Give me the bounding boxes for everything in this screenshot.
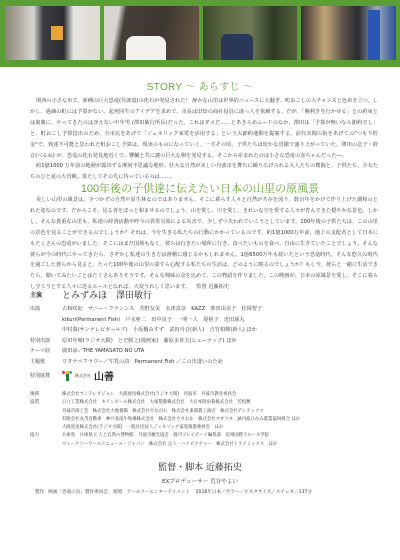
credit-row-lead: 主演 とみずみほ 澤田敏行 <box>30 290 380 302</box>
credit-label: 特別協賛 <box>30 372 62 379</box>
logo-company-name: 山善 <box>94 368 114 383</box>
story-title: STORY 〜 あらすじ 〜 <box>0 78 400 93</box>
photo-scene-boy-forest <box>203 6 298 60</box>
production-company: 映画「恐竜の詩」製作委員会 <box>48 490 108 495</box>
film-specs: 2018年日本／カラー／ビスタサイズ／ステレオ／137分 <box>196 490 312 495</box>
director-statement: 美しい山里の風景は、手つかずの自然や原生林なのではありません。そこに暮らす人々と… <box>30 195 378 293</box>
credit-value: 原田年晴(ラジオ大阪) とだ勝之(漫画家) 藤原多喜夫(ヒューテック) ほか <box>62 336 380 347</box>
story-paragraph: 関西の小さな市で、新種の巨大恐竜(丹波竜)の化石が発見された！ 静かな山里は世界… <box>30 96 378 161</box>
credit-row-theme-song: テーマ曲 園田涼／THE YAMASATO NO UTA <box>30 346 380 357</box>
sponsor-credits: 後援 株式会社サンテレビジョン 大阪放送株式会社(ラジオ大阪) 丹波市 丹波市教… <box>30 391 390 449</box>
credit-value: ワタナベフラワー／牛乳の詩 Permanent Fish ／この出逢いのため <box>62 357 380 368</box>
credit-label: 出演 <box>30 304 62 315</box>
statement-text: 美しい山里の風景は、手つかずの自然や原生林なのではありません。そこに暮らす人々と… <box>30 197 378 290</box>
credit-value: 古和咲紀 サニー・フランシス 芳野友美 永津真奈 KAZZ 柴田由美子 松岡智子 <box>62 304 380 315</box>
credit-label: 後援 <box>30 391 62 399</box>
photo-scene-office-presentation <box>5 6 100 60</box>
credit-label: 特別出演 <box>30 336 62 347</box>
production-footer: 製作映画「恐竜の詩」製作委員会 配給アールツーエンターテイメント 2018年日本… <box>35 489 395 495</box>
credit-label: テーマ曲 <box>30 346 62 357</box>
credit-row-cast: 出演 古和咲紀 サニー・フランシス 芳野友美 永津真奈 KAZZ 柴田由美子 松… <box>30 304 380 336</box>
photo-strip <box>0 0 400 67</box>
production-label: 製作 <box>35 490 44 495</box>
credit-value: とみずみほ 澤田敏行 <box>62 290 380 302</box>
credit-label: 主題歌 <box>30 357 62 368</box>
photo-scene-schoolgirl <box>104 6 199 60</box>
credit-value: 株式会社サンテレビジョン 大阪放送株式会社(ラジオ大阪) 丹波市 丹波市教育委員… <box>62 391 390 399</box>
sponsor-logo: 株式会社 山善 <box>62 368 114 383</box>
credit-label: 主演 <box>30 290 62 302</box>
ex-producer-credit: EXプロデューサー 荒谷やよい <box>0 477 400 485</box>
credit-row-cooperation: 協力 兵庫県 兵庫県立 人と自然の博物館 丹波市観光協会 週刊プレイボーイ編集部… <box>30 432 390 449</box>
story-synopsis: 関西の小さな市で、新種の巨大恐竜(丹波竜)の化石が発見された！ 静かな山里は世界… <box>30 96 378 183</box>
credit-value: 大阪放送株式会社(ラジオ大阪) 一般社団法人ジェネリック家電推進委員会 ほか <box>62 424 390 432</box>
distribution-label: 配給 <box>113 490 122 495</box>
credit-row-main-song: 主題歌 ワタナベフラワー／牛乳の詩 Permanent Fish ／この出逢いの… <box>30 357 380 368</box>
credit-value: 園田涼／THE YAMASATO NO UTA <box>62 346 380 357</box>
heritage-title: 100年後の子供達に伝えたい日本の山里の原風景 <box>0 180 400 196</box>
credit-value: ウィークリーワールドニュース・ジャパン 株式会社 企人・ハイピクチャー 株式会社… <box>62 441 390 449</box>
logo-company-type: 株式会社 <box>75 373 91 379</box>
credit-value: 中村葵(サンテレビガールズ) 小坂橋みすず 武田丹音(新人) 吉竹柏輝(新人) … <box>62 325 380 336</box>
credit-label: 協賛 <box>30 399 62 407</box>
cast-credits: 主演 とみずみほ 澤田敏行 出演 古和咲紀 サニー・フランシス 芳野友美 永津真… <box>30 290 380 368</box>
credit-row-sponsorship: 協賛 日立工業株式会社 キリンビール株式会社 大塚製薬株式会社 大日本除虫菊株式… <box>30 399 390 432</box>
credit-value: 丹波市商工会 株式会社大地養鶏 株式会社やながわ 株式会社東部農工商店 株式会社… <box>62 408 390 416</box>
credit-value: 有限会社丸茂自動車 神戸高尾牛牧場株式会社 株式会社ささおか 株式会社オオツキ … <box>62 416 390 424</box>
director-credit: 監督・脚本 近藤拓史 <box>0 460 400 473</box>
credit-label: 協力 <box>30 432 62 440</box>
credit-value: kikuri(Permanent Fish) 戸水亜二 田中良子 一明一人 堤裕… <box>62 315 380 326</box>
yamazen-logo-icon <box>62 371 72 381</box>
special-sponsor: 特別協賛 株式会社 山善 <box>30 368 114 383</box>
credit-row-support: 後援 株式会社サンテレビジョン 大阪放送株式会社(ラジオ大阪) 丹波市 丹波市教… <box>30 391 390 399</box>
credit-row-special-appearance: 特別出演 原田年晴(ラジオ大阪) とだ勝之(漫画家) 藤原多喜夫(ヒューテック)… <box>30 336 380 347</box>
credit-value: 日立工業株式会社 キリンビール株式会社 大塚製薬株式会社 大日本除虫菊株式会社 … <box>62 399 390 407</box>
credit-value: 兵庫県 兵庫県立 人と自然の博物館 丹波市観光協会 週刊プレイボーイ編集部 宿州… <box>62 432 390 440</box>
distribution-company: アールツーエンターテイメント <box>127 490 191 495</box>
photo-scene-woman-cow <box>301 6 396 60</box>
